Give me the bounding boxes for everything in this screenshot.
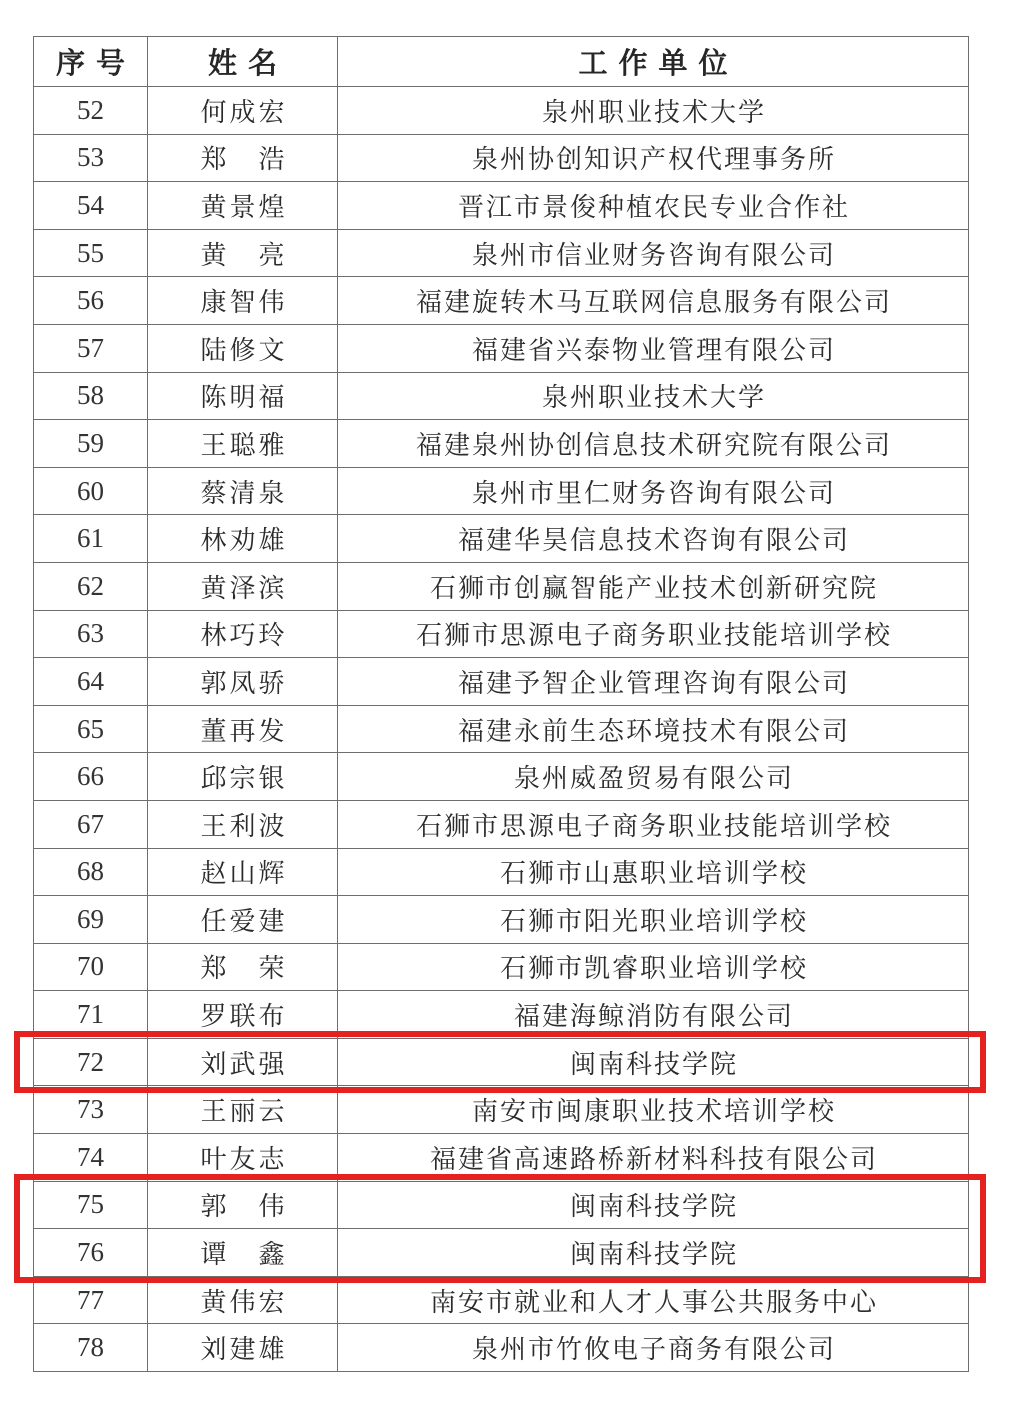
table-row: 60蔡清泉泉州市里仁财务咨询有限公司: [34, 467, 969, 515]
serial-cell: 77: [34, 1276, 148, 1324]
name-cell: 邱宗银: [148, 753, 338, 801]
name-cell: 王利波: [148, 800, 338, 848]
name-cell: 董再发: [148, 705, 338, 753]
name-cell: 何成宏: [148, 87, 338, 135]
unit-cell: 石狮市创赢智能产业技术创新研究院: [338, 562, 969, 610]
serial-cell: 65: [34, 705, 148, 753]
table-row: 56康智伟福建旋转木马互联网信息服务有限公司: [34, 277, 969, 325]
roster-table-body: 52何成宏泉州职业技术大学53郑 浩泉州协创知识产权代理事务所54黄景煌晋江市景…: [34, 87, 969, 1372]
table-row: 63林巧玲石狮市思源电子商务职业技能培训学校: [34, 610, 969, 658]
serial-cell: 52: [34, 87, 148, 135]
name-cell: 黄景煌: [148, 182, 338, 230]
name-cell: 罗联布: [148, 991, 338, 1039]
serial-cell: 69: [34, 896, 148, 944]
unit-cell: 泉州协创知识产权代理事务所: [338, 134, 969, 182]
table-row: 66邱宗银泉州威盈贸易有限公司: [34, 753, 969, 801]
name-cell: 郑 荣: [148, 943, 338, 991]
table-row: 52何成宏泉州职业技术大学: [34, 87, 969, 135]
table-row: 62黄泽滨石狮市创赢智能产业技术创新研究院: [34, 562, 969, 610]
serial-cell: 74: [34, 1134, 148, 1182]
serial-cell: 78: [34, 1324, 148, 1372]
unit-cell: 福建泉州协创信息技术研究院有限公司: [338, 420, 969, 468]
unit-cell: 泉州市竹攸电子商务有限公司: [338, 1324, 969, 1372]
table-row: 58陈明福泉州职业技术大学: [34, 372, 969, 420]
unit-cell: 泉州威盈贸易有限公司: [338, 753, 969, 801]
serial-cell: 76: [34, 1229, 148, 1277]
serial-cell: 60: [34, 467, 148, 515]
header-row: 序号 姓名 工作单位: [34, 37, 969, 87]
scanned-roster-page: 序号 姓名 工作单位 52何成宏泉州职业技术大学53郑 浩泉州协创知识产权代理事…: [0, 0, 1025, 1401]
unit-cell: 闽南科技学院: [338, 1038, 969, 1086]
table-row: 75郭 伟闽南科技学院: [34, 1181, 969, 1229]
name-cell: 陈明福: [148, 372, 338, 420]
table-row: 76谭 鑫闽南科技学院: [34, 1229, 969, 1277]
serial-cell: 67: [34, 800, 148, 848]
table-row: 53郑 浩泉州协创知识产权代理事务所: [34, 134, 969, 182]
table-row: 69任爱建石狮市阳光职业培训学校: [34, 896, 969, 944]
table-row: 61林劝雄福建华昊信息技术咨询有限公司: [34, 515, 969, 563]
name-cell: 郭 伟: [148, 1181, 338, 1229]
name-cell: 叶友志: [148, 1134, 338, 1182]
name-cell: 赵山辉: [148, 848, 338, 896]
serial-cell: 58: [34, 372, 148, 420]
serial-cell: 56: [34, 277, 148, 325]
name-cell: 蔡清泉: [148, 467, 338, 515]
unit-cell: 南安市闽康职业技术培训学校: [338, 1086, 969, 1134]
serial-cell: 71: [34, 991, 148, 1039]
unit-cell: 石狮市凯睿职业培训学校: [338, 943, 969, 991]
table-row: 78刘建雄泉州市竹攸电子商务有限公司: [34, 1324, 969, 1372]
serial-cell: 63: [34, 610, 148, 658]
name-cell: 郑 浩: [148, 134, 338, 182]
name-cell: 任爱建: [148, 896, 338, 944]
header-work-unit: 工作单位: [338, 37, 969, 87]
unit-cell: 石狮市阳光职业培训学校: [338, 896, 969, 944]
unit-cell: 闽南科技学院: [338, 1229, 969, 1277]
table-row: 57陆修文福建省兴泰物业管理有限公司: [34, 324, 969, 372]
unit-cell: 福建永前生态环境技术有限公司: [338, 705, 969, 753]
unit-cell: 福建海鲸消防有限公司: [338, 991, 969, 1039]
name-cell: 陆修文: [148, 324, 338, 372]
table-row: 65董再发福建永前生态环境技术有限公司: [34, 705, 969, 753]
serial-cell: 75: [34, 1181, 148, 1229]
serial-cell: 54: [34, 182, 148, 230]
roster-table-header: 序号 姓名 工作单位: [34, 37, 969, 87]
serial-cell: 72: [34, 1038, 148, 1086]
serial-cell: 66: [34, 753, 148, 801]
unit-cell: 泉州职业技术大学: [338, 372, 969, 420]
unit-cell: 福建旋转木马互联网信息服务有限公司: [338, 277, 969, 325]
serial-cell: 59: [34, 420, 148, 468]
unit-cell: 石狮市思源电子商务职业技能培训学校: [338, 610, 969, 658]
serial-cell: 62: [34, 562, 148, 610]
table-row: 70郑 荣石狮市凯睿职业培训学校: [34, 943, 969, 991]
table-row: 73王丽云南安市闽康职业技术培训学校: [34, 1086, 969, 1134]
unit-cell: 泉州职业技术大学: [338, 87, 969, 135]
unit-cell: 南安市就业和人才人事公共服务中心: [338, 1276, 969, 1324]
unit-cell: 福建省高速路桥新材料科技有限公司: [338, 1134, 969, 1182]
serial-cell: 57: [34, 324, 148, 372]
table-row: 74叶友志福建省高速路桥新材料科技有限公司: [34, 1134, 969, 1182]
header-name: 姓名: [148, 37, 338, 87]
table-row: 72刘武强闽南科技学院: [34, 1038, 969, 1086]
unit-cell: 泉州市里仁财务咨询有限公司: [338, 467, 969, 515]
unit-cell: 石狮市思源电子商务职业技能培训学校: [338, 800, 969, 848]
serial-cell: 73: [34, 1086, 148, 1134]
name-cell: 黄 亮: [148, 229, 338, 277]
unit-cell: 福建省兴泰物业管理有限公司: [338, 324, 969, 372]
name-cell: 黄伟宏: [148, 1276, 338, 1324]
name-cell: 林巧玲: [148, 610, 338, 658]
table-row: 68赵山辉石狮市山惠职业培训学校: [34, 848, 969, 896]
unit-cell: 福建华昊信息技术咨询有限公司: [338, 515, 969, 563]
serial-cell: 55: [34, 229, 148, 277]
name-cell: 林劝雄: [148, 515, 338, 563]
unit-cell: 闽南科技学院: [338, 1181, 969, 1229]
header-serial: 序号: [34, 37, 148, 87]
roster-table: 序号 姓名 工作单位 52何成宏泉州职业技术大学53郑 浩泉州协创知识产权代理事…: [33, 36, 969, 1372]
table-row: 64郭凤骄福建予智企业管理咨询有限公司: [34, 658, 969, 706]
name-cell: 王丽云: [148, 1086, 338, 1134]
name-cell: 郭凤骄: [148, 658, 338, 706]
name-cell: 刘武强: [148, 1038, 338, 1086]
serial-cell: 70: [34, 943, 148, 991]
unit-cell: 石狮市山惠职业培训学校: [338, 848, 969, 896]
serial-cell: 68: [34, 848, 148, 896]
name-cell: 王聪雅: [148, 420, 338, 468]
serial-cell: 64: [34, 658, 148, 706]
table-row: 67王利波石狮市思源电子商务职业技能培训学校: [34, 800, 969, 848]
name-cell: 黄泽滨: [148, 562, 338, 610]
table-row: 59王聪雅福建泉州协创信息技术研究院有限公司: [34, 420, 969, 468]
unit-cell: 晋江市景俊种植农民专业合作社: [338, 182, 969, 230]
table-row: 54黄景煌晋江市景俊种植农民专业合作社: [34, 182, 969, 230]
table-row: 77黄伟宏南安市就业和人才人事公共服务中心: [34, 1276, 969, 1324]
serial-cell: 53: [34, 134, 148, 182]
unit-cell: 泉州市信业财务咨询有限公司: [338, 229, 969, 277]
name-cell: 谭 鑫: [148, 1229, 338, 1277]
name-cell: 刘建雄: [148, 1324, 338, 1372]
table-row: 71罗联布福建海鲸消防有限公司: [34, 991, 969, 1039]
name-cell: 康智伟: [148, 277, 338, 325]
table-row: 55黄 亮泉州市信业财务咨询有限公司: [34, 229, 969, 277]
serial-cell: 61: [34, 515, 148, 563]
unit-cell: 福建予智企业管理咨询有限公司: [338, 658, 969, 706]
